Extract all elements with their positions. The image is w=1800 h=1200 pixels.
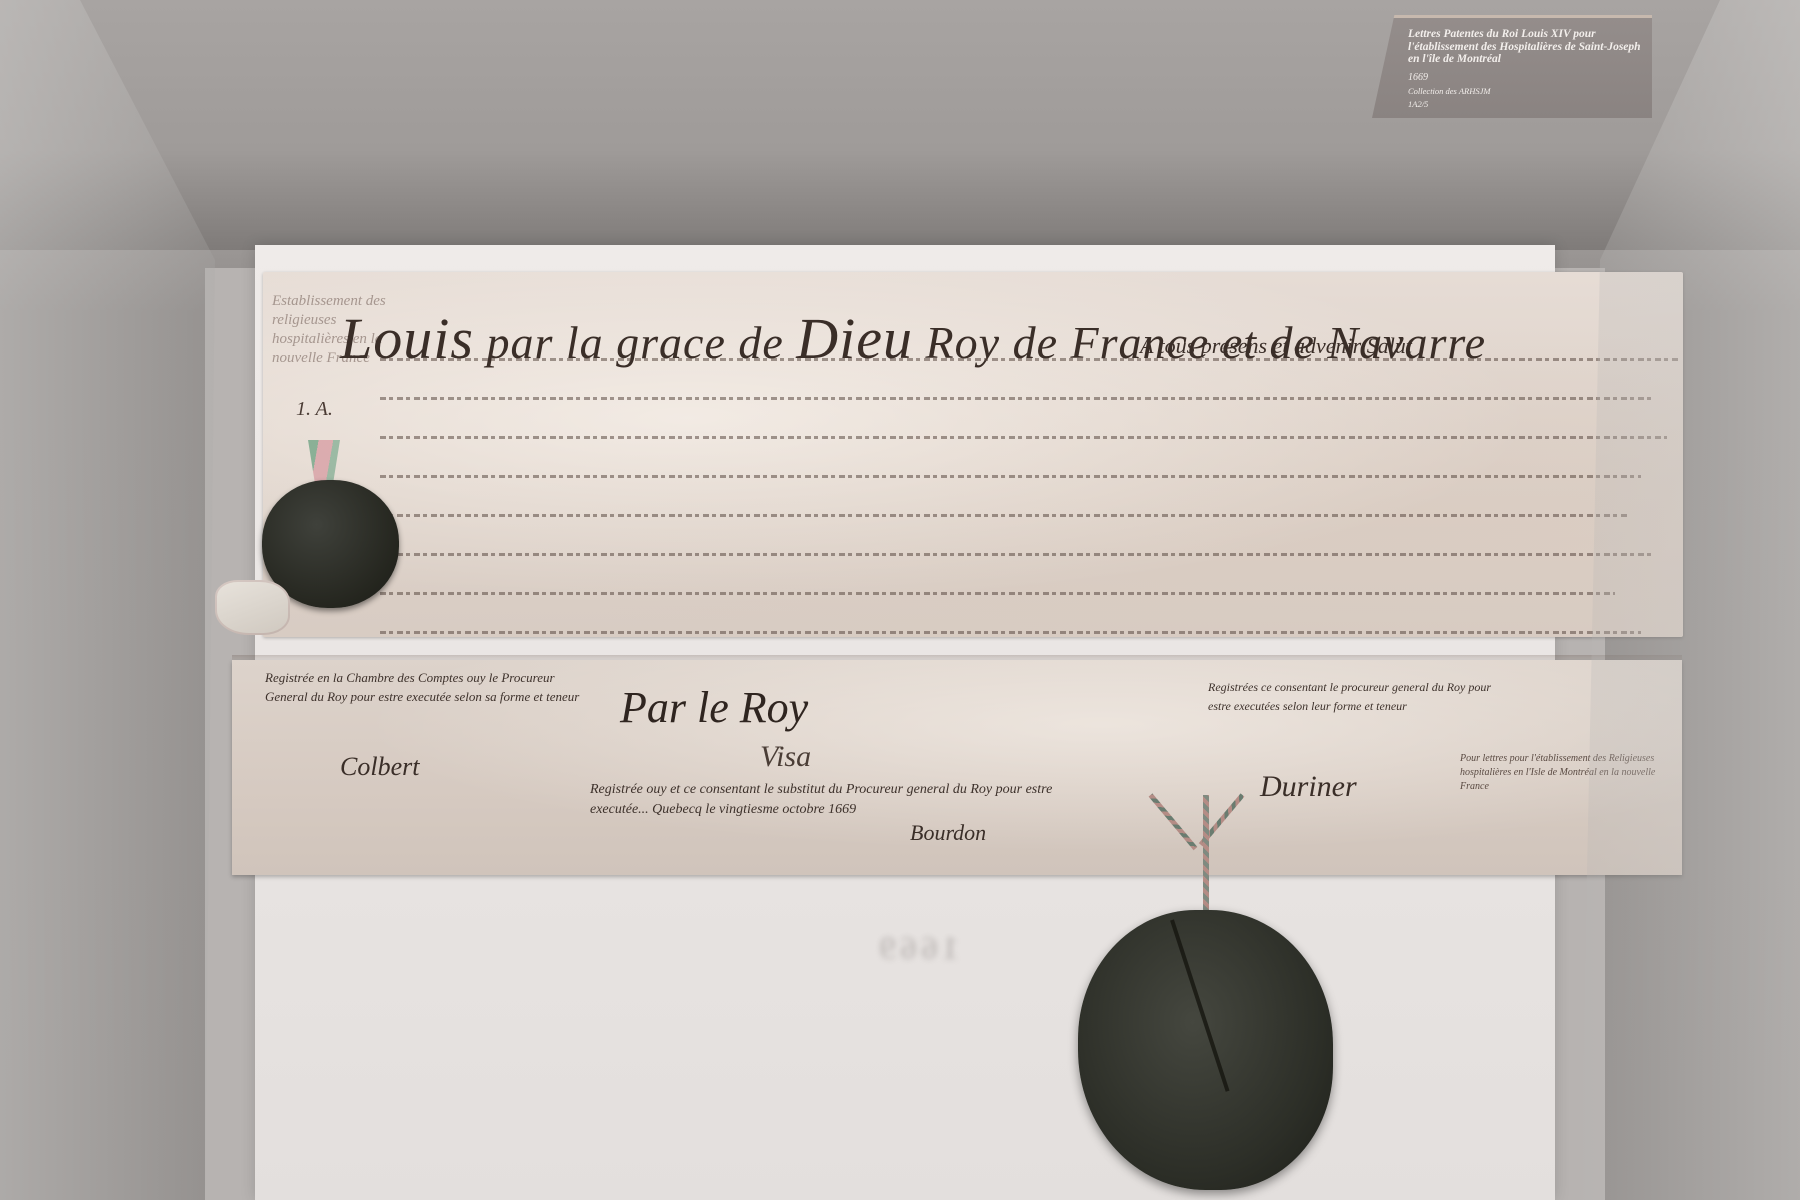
label-year: 1669 — [1408, 72, 1648, 83]
label-title: Lettres Patentes du Roi Louis XIV pour l… — [1408, 28, 1648, 66]
margin-number: 1. A. — [296, 398, 333, 421]
registration-left: Registrée en la Chambre des Comptes ouy … — [265, 668, 595, 706]
text-line — [380, 436, 1680, 463]
label-collection: Collection des ARHSJM — [1408, 86, 1648, 96]
signature: Duriner — [1260, 770, 1357, 804]
display-case-scene: 1669 Establissement des religieuses hosp… — [0, 0, 1800, 1200]
reflection-text: 1669 — [875, 930, 959, 968]
signature: Visa — [760, 740, 811, 774]
text-line — [380, 631, 1680, 658]
text-line — [380, 397, 1680, 424]
par-le-roy: Par le Roy — [620, 682, 808, 733]
great-wax-seal — [1078, 910, 1333, 1190]
text-line — [380, 592, 1680, 619]
text-line — [380, 475, 1680, 502]
label-reference: 1A2/5 — [1408, 99, 1648, 109]
signature: Bourdon — [910, 820, 986, 846]
text-line — [380, 514, 1680, 541]
seal-cord-icon — [1203, 795, 1209, 915]
museum-label: Lettres Patentes du Roi Louis XIV pour l… — [1372, 15, 1652, 118]
text-line — [380, 553, 1680, 580]
seal-tassel — [215, 580, 290, 635]
text-line — [380, 358, 1680, 385]
registration-right: Registrées ce consentant le procureur ge… — [1208, 678, 1508, 716]
registration-bottom: Registrée ouy et ce consentant le substi… — [590, 780, 1110, 820]
signature: Colbert — [340, 752, 419, 782]
